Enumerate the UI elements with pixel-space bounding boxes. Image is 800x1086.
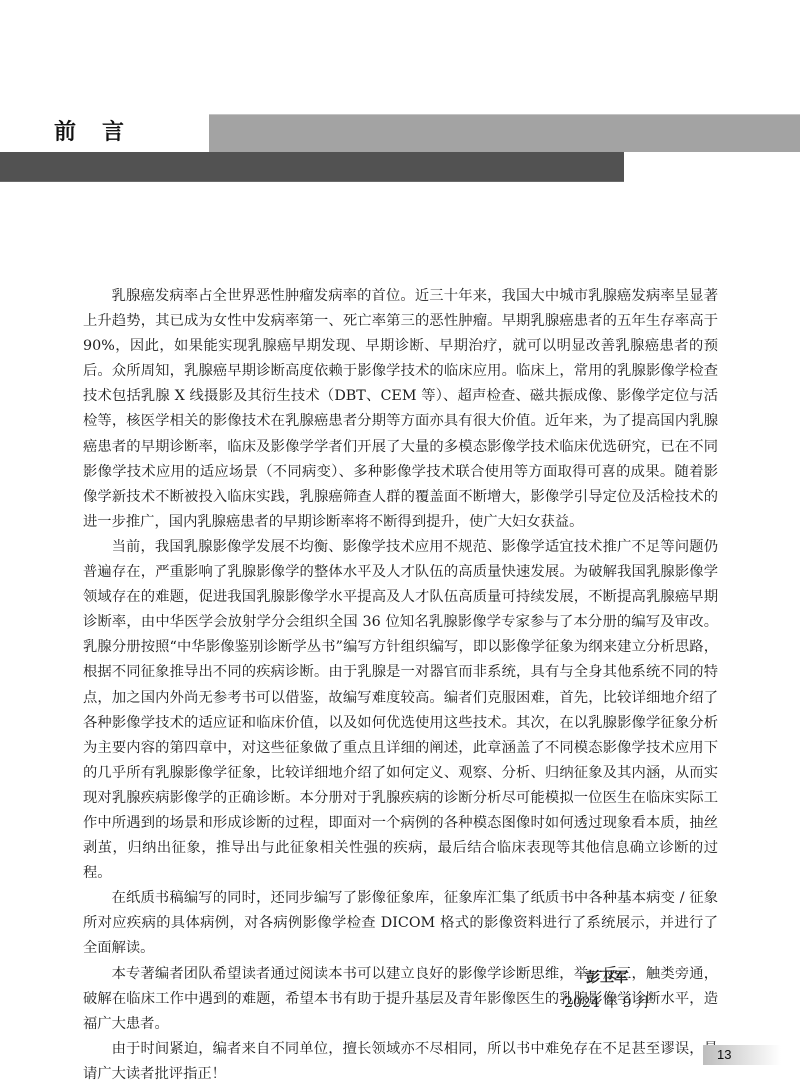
signature-date: 2024 年 9 月 xyxy=(564,991,650,1016)
paragraph-2: 当前，我国乳腺影像学发展不均衡、影像学技术应用不规范、影像学适宜技术推广不足等问… xyxy=(83,535,718,886)
paragraph-3: 在纸质书稿编写的同时，还同步编写了影像征象库，征象库汇集了纸质书中各种基本病变 … xyxy=(83,886,718,961)
header-band-light xyxy=(209,114,800,152)
signature-block: 彭卫军 2024 年 9 月 xyxy=(564,966,650,1016)
page-number: 13 xyxy=(703,1045,781,1065)
author-name: 彭卫军 xyxy=(564,966,650,991)
paragraph-5: 由于时间紧迫，编者来自不同单位，擅长领域亦不尽相同，所以书中难免存在不足甚至谬误… xyxy=(83,1037,718,1086)
header-band-dark xyxy=(0,152,624,182)
page-title: 前言 xyxy=(54,118,150,148)
paragraph-1: 乳腺癌发病率占全世界恶性肿瘤发病率的首位。近三十年来，我国大中城市乳腺癌发病率呈… xyxy=(83,284,718,535)
